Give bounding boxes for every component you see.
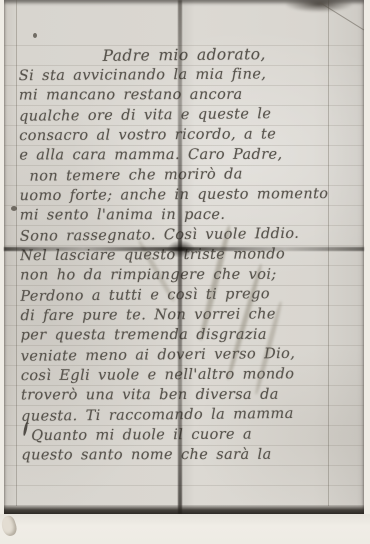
letter-line: per questa tremenda disgrazia	[21, 325, 357, 346]
letter-line: uomo forte; anche in questo momento	[20, 184, 356, 206]
letter-line: e alla cara mamma. Caro Padre,	[19, 145, 355, 166]
letter-line: questa. Ti raccomando la mamma	[21, 403, 357, 427]
letter-line: Quanto mi duole il cuore a	[21, 424, 357, 446]
letter-line: non temere che morirò da	[19, 163, 355, 187]
letter-line: troverò una vita ben diversa da	[21, 385, 357, 406]
letter-line: qualche ore di vita e queste le	[19, 103, 355, 127]
letter-line: di fare pure te. Non vorrei che	[20, 304, 356, 326]
fold-intersection-blot	[167, 240, 195, 258]
letter-line: mi sento l'anima in pace.	[20, 205, 356, 226]
scanned-letter-photo: Padre mio adorato,Si sta avvicinando la …	[0, 0, 370, 544]
letter-line: Si sta avvicinando la mia fine,	[19, 64, 355, 86]
letter-line: veniate meno ai doveri verso Dio,	[21, 343, 357, 367]
letter-line: consacro al vostro ricordo, a te	[19, 124, 355, 146]
letter-line: così Egli vuole e nell'altro mondo	[21, 364, 357, 386]
letter-line: non ho da rimpiangere che voi;	[20, 265, 356, 286]
ink-speck	[33, 33, 37, 38]
photo-backing-strip	[0, 514, 370, 544]
letter-line: mi mancano restano ancora	[19, 85, 355, 106]
left-margin-rule	[16, 0, 17, 506]
letter-paper: Padre mio adorato,Si sta avvicinando la …	[4, 0, 364, 514]
salutation-line: Padre mio adorato,	[19, 43, 355, 67]
paper-bottom-edge	[4, 505, 364, 514]
letter-line: Perdono a tutti e così ti prego	[20, 283, 356, 307]
ink-speck	[11, 206, 17, 211]
letter-line: questo santo nome che sarà la	[21, 445, 357, 466]
